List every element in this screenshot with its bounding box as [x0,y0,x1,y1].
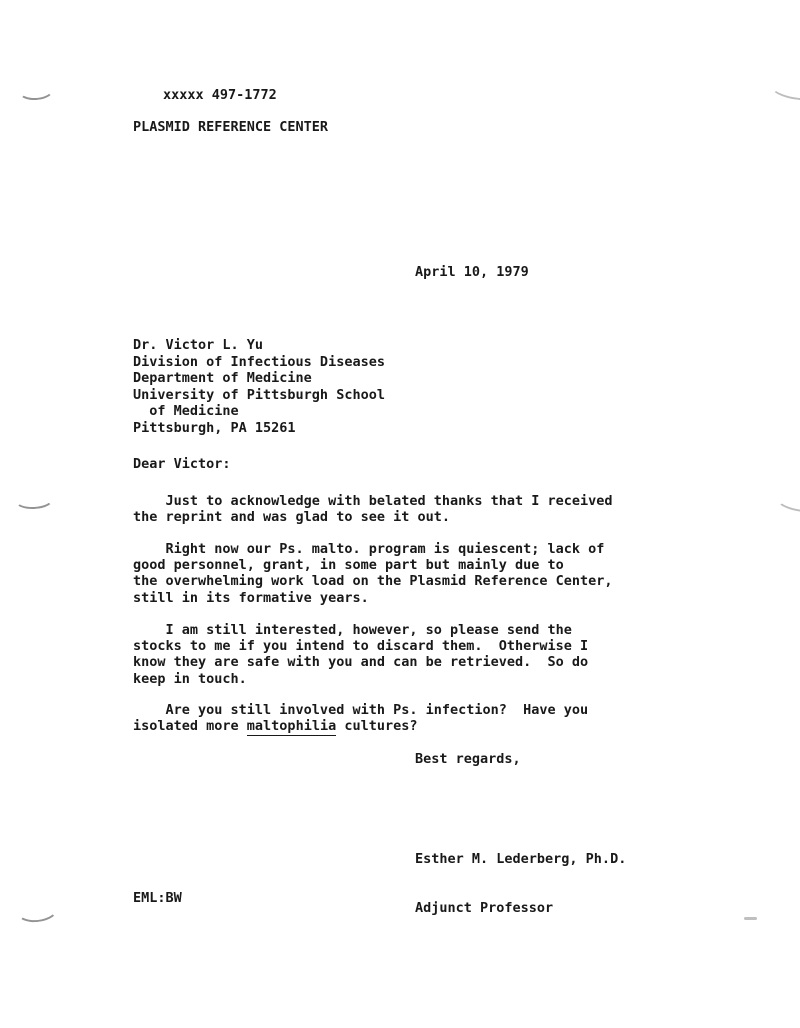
date-line: April 10, 1979 [415,264,529,280]
phone-number-line: xxxxx 497-1772 [163,87,277,103]
closing-line: Best regards, [415,751,521,767]
scanned-letter-page: xxxxx 497-1772 PLASMID REFERENCE CENTER … [0,0,800,1028]
scan-artifact-arc-top-left [17,79,54,101]
signature-title: Adjunct Professor [415,900,626,916]
scan-artifact-arc-bottom-left [15,896,59,924]
paragraph-4-text-after: cultures? [336,718,417,734]
paragraph-4: Are you still involved with Ps. infectio… [133,702,588,734]
typist-initials: EML:BW [133,890,182,906]
recipient-address: Dr. Victor L. Yu Division of Infectious … [133,337,385,437]
scan-artifact-arc-middle-left [14,488,55,510]
paragraph-1: Just to acknowledge with belated thanks … [133,493,613,525]
scan-artifact-arc-top-right [769,73,800,103]
paragraph-2: Right now our Ps. malto. program is quie… [133,541,613,606]
scan-artifact-arc-middle-right [775,487,800,515]
salutation: Dear Victor: [133,456,231,472]
signature-name: Esther M. Lederberg, Ph.D. [415,851,626,867]
underlined-word-maltophilia: maltophilia [247,718,336,736]
scan-artifact-smudge-bottom-right [744,917,757,920]
signature-block: Esther M. Lederberg, Ph.D. Adjunct Profe… [415,818,626,949]
letterhead-title: PLASMID REFERENCE CENTER [133,119,328,135]
paragraph-3: I am still interested, however, so pleas… [133,622,588,687]
